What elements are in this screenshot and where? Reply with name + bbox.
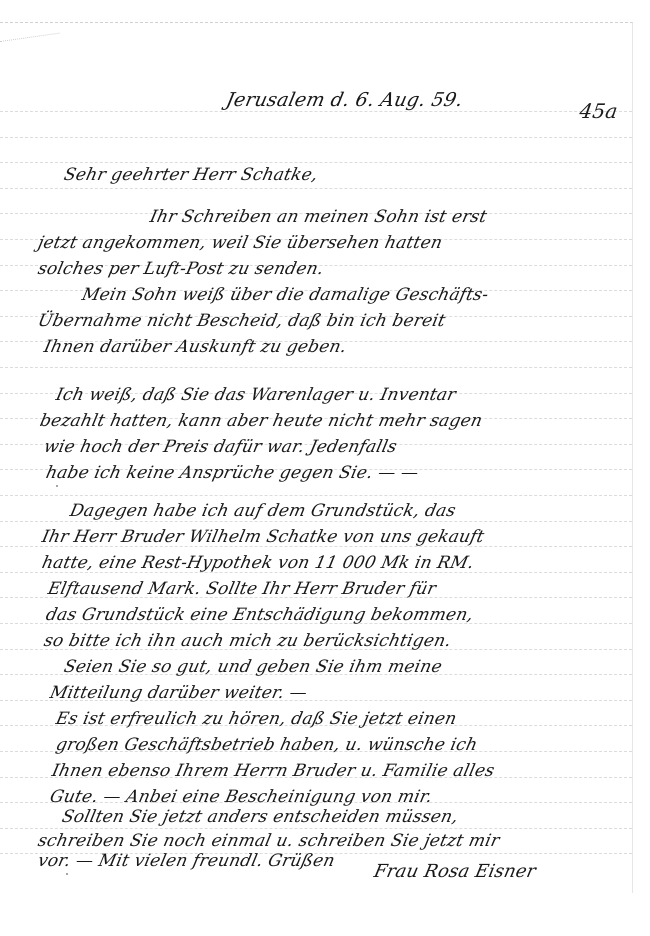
letter-line: bezahlt hatten, kann aber heute nicht me… bbox=[38, 411, 484, 431]
letter-line: Ihr Schreiben an meinen Sohn ist erst bbox=[148, 207, 489, 227]
ruled-line bbox=[0, 162, 632, 163]
letter-line: vor. — Mit vielen freundl. Grüßen bbox=[36, 851, 337, 871]
letter-line: Es ist erfreulich zu hören, daß Sie jetz… bbox=[54, 709, 459, 729]
paper-speck bbox=[56, 485, 58, 487]
letter-line: Seien Sie so gut, und geben Sie ihm mein… bbox=[62, 657, 444, 677]
torn-edge bbox=[0, 33, 62, 56]
letter-line: hatte, eine Rest-Hypothek von 11 000 Mk … bbox=[40, 553, 476, 573]
page-number: 45a bbox=[578, 99, 619, 123]
salutation: Sehr geehrter Herr Schatke, bbox=[62, 165, 320, 185]
ruled-line bbox=[0, 188, 632, 189]
letter-line: Ihnen ebenso Ihrem Herrn Bruder u. Famil… bbox=[50, 761, 496, 781]
ruled-line bbox=[0, 367, 632, 368]
letter-line: Ihnen darüber Auskunft zu geben. bbox=[42, 337, 348, 357]
ruled-line bbox=[0, 521, 632, 522]
letter-line: Elftausend Mark. Sollte Ihr Herr Bruder … bbox=[46, 579, 438, 599]
letter-line: so bitte ich ihn auch mich zu berücksich… bbox=[42, 631, 453, 651]
letter-line: Mitteilung darüber weiter. — bbox=[48, 683, 309, 703]
signature: Frau Rosa Eisner bbox=[372, 861, 538, 882]
letter-line: Mein Sohn weiß über die damalige Geschäf… bbox=[80, 285, 490, 305]
letter-line: Übernahme nicht Bescheid, daß bin ich be… bbox=[36, 311, 447, 331]
letter-line: Sollten Sie jetzt anders entscheiden müs… bbox=[60, 807, 460, 827]
ruled-line bbox=[0, 495, 632, 496]
letter-line: habe ich keine Ansprüche gegen Sie. — — bbox=[44, 463, 420, 483]
dateline: Jerusalem d. 6. Aug. 59. bbox=[224, 89, 465, 111]
paper-speck bbox=[66, 873, 68, 875]
letter-line: schreiben Sie noch einmal u. schreiben S… bbox=[36, 831, 501, 851]
ruled-line bbox=[0, 111, 632, 112]
letter-line: Gute. — Anbei eine Bescheinigung von mir… bbox=[48, 787, 434, 807]
letter-line: Ich weiß, daß Sie das Warenlager u. Inve… bbox=[54, 385, 458, 405]
ruled-line bbox=[0, 137, 632, 138]
ruled-line bbox=[0, 828, 632, 829]
letter-line: das Grundstück eine Entschädigung bekomm… bbox=[44, 605, 475, 625]
letter-line: Dagegen habe ich auf dem Grundstück, das bbox=[68, 501, 458, 521]
letter-line: Ihr Herr Bruder Wilhelm Schatke von uns … bbox=[40, 527, 486, 547]
letter-line: jetzt angekommen, weil Sie übersehen hat… bbox=[36, 233, 444, 253]
letter-line: großen Geschäftsbetrieb haben, u. wünsch… bbox=[54, 735, 479, 755]
letter-sheet: 45a Jerusalem d. 6. Aug. 59. Sehr geehrt… bbox=[0, 22, 633, 893]
letter-line: wie hoch der Preis dafür war. Jedenfalls bbox=[42, 437, 399, 457]
letter-line: solches per Luft-Post zu senden. bbox=[36, 259, 326, 279]
